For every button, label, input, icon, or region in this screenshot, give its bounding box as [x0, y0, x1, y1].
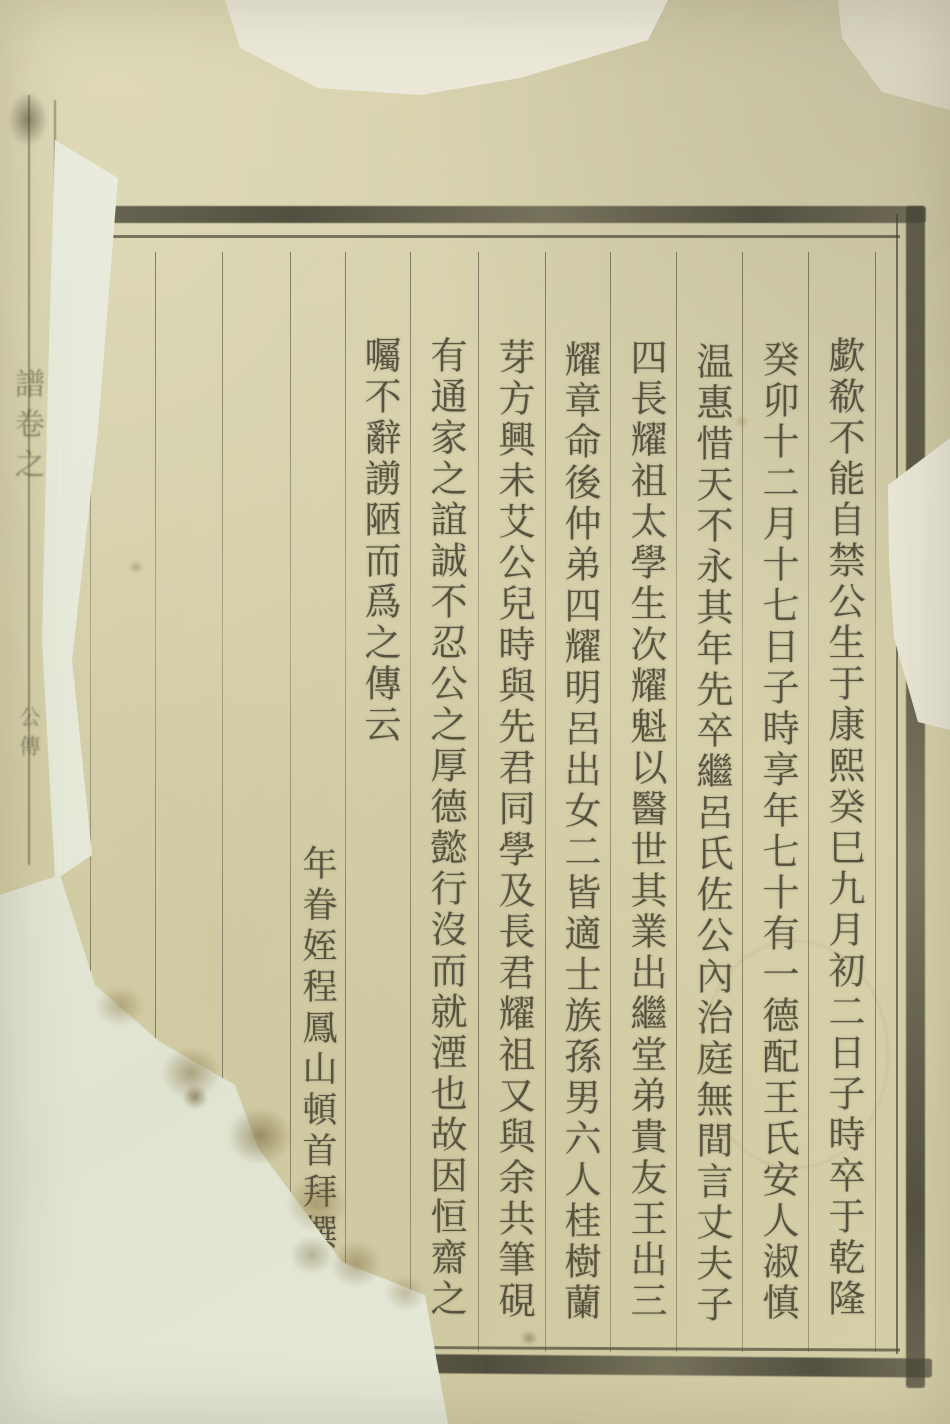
frame-border-top-inner	[88, 235, 900, 238]
ring-stain	[700, 940, 889, 1169]
text-column-5: 耀章命後仲弟四耀明呂出女二皆適士族孫男六人桂樹蘭	[546, 340, 612, 1324]
column-rule	[478, 252, 479, 1352]
frame-border-right-inner	[896, 214, 898, 1354]
stain-speckle	[285, 1175, 349, 1233]
text-column-6: 芽方興未艾公兒時與先君同學及長君耀祖又與余共筆硯	[480, 338, 546, 1322]
text-column-1: 歔欷不能自禁公生于康熙癸巳九月初二日子時卒于乾隆	[810, 336, 876, 1320]
scanned-page: 譜卷之 公傳 歔欷不能自禁公生于康熙癸巳九月初二日子時卒于乾隆 癸卯十二月十七日…	[0, 0, 950, 1424]
text-column-2: 癸卯十二月十七日子時享年七十有一德配王氏安人淑慎	[744, 340, 810, 1324]
spine-ink-smudge	[8, 92, 48, 147]
stain-speckle	[735, 415, 749, 428]
text-column-4: 四長耀祖太學生次耀魁以醫世其業出繼堂弟貴友王出三	[612, 338, 678, 1322]
spine-label-bottom: 公傳	[14, 706, 44, 764]
stain-speckle	[385, 1275, 425, 1311]
text-column-3: 温惠惜天不永其年先卒繼呂氏佐公內治庭無間言丈夫子	[678, 342, 744, 1326]
frame-border-right	[906, 206, 925, 1388]
text-column-8: 囑不辭謭陋而爲之傳云	[346, 336, 412, 746]
spine-label-top: 譜卷之	[4, 368, 48, 488]
frame-border-top	[84, 206, 926, 223]
stain-speckle	[330, 1240, 382, 1288]
stain-speckle	[182, 1085, 208, 1109]
stain-speckle	[290, 1235, 334, 1275]
stain-speckle	[520, 1330, 538, 1346]
text-column-7: 有通家之誼誠不忍公之厚德懿行沒而就湮也故因恒齋之	[412, 336, 478, 1320]
stain-speckle	[95, 985, 145, 1027]
stain-speckle	[128, 560, 144, 574]
stain-speckle	[225, 1105, 295, 1167]
